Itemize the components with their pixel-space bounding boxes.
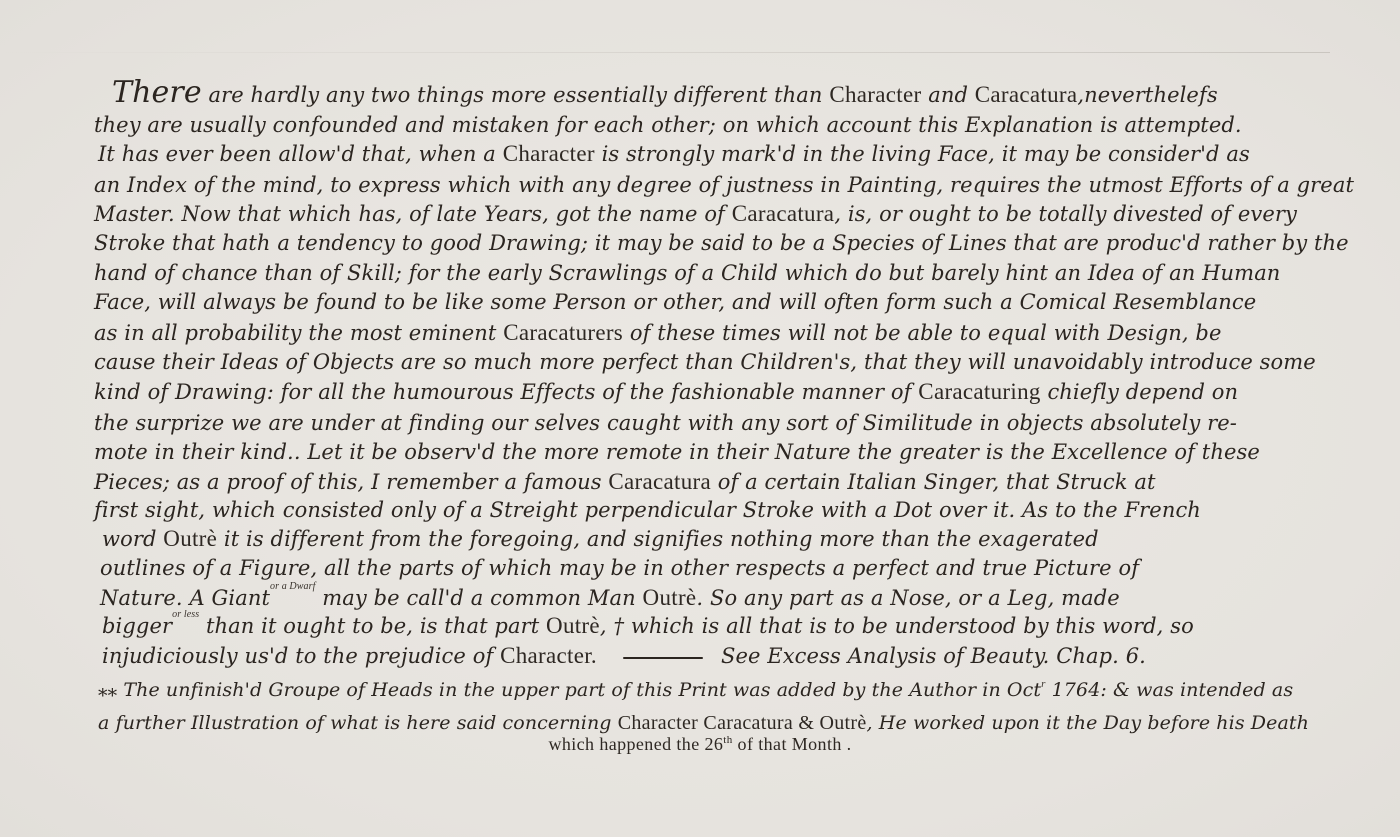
text-span: ,neverthelefs bbox=[1077, 83, 1217, 107]
text-span: , He worked upon it the Day before his D… bbox=[867, 712, 1309, 734]
roman-keyword: Outrè bbox=[643, 585, 697, 610]
text-span: may be call'd a common Man bbox=[315, 586, 642, 610]
text-line-2: they are usually confounded and mistaken… bbox=[94, 112, 1242, 138]
text-span: first sight, which consisted only of a S… bbox=[94, 498, 1201, 522]
text-line-7: hand of chance than of Skill; for the ea… bbox=[94, 260, 1280, 286]
roman-keyword: Caracaturers bbox=[503, 320, 623, 345]
text-span: cause their Ideas of Objects are so much… bbox=[94, 350, 1316, 374]
text-line-14: Pieces; as a proof of this, I remember a… bbox=[94, 469, 1156, 495]
text-line-11: kind of Drawing: for all the humourous E… bbox=[94, 379, 1238, 405]
text-span: are hardly any two things more essential… bbox=[202, 83, 830, 107]
engraved-text-page: There are hardly any two things more ess… bbox=[0, 0, 1400, 837]
roman-keyword: Outrè bbox=[163, 526, 217, 551]
roman-keyword: Character bbox=[500, 643, 591, 668]
roman-keyword: Caracatura bbox=[608, 469, 711, 494]
text-span: the surprize we are under at finding our… bbox=[94, 411, 1237, 435]
text-span: of a certain Italian Singer, that Struck… bbox=[711, 470, 1156, 494]
roman-keyword: Character Caracatura & Outrè bbox=[618, 712, 867, 734]
text-span: is strongly mark'd in the living Face, i… bbox=[595, 142, 1250, 166]
text-span: , is, or ought to be totally divested of… bbox=[834, 202, 1297, 226]
text-span: 1764: & was intended as bbox=[1045, 679, 1293, 701]
text-span: Master. Now that which has, of late Year… bbox=[94, 202, 732, 226]
roman-keyword: Outrè bbox=[546, 613, 600, 638]
superscript: th bbox=[723, 734, 732, 746]
text-line-19: biggeror less than it ought to be, is th… bbox=[102, 613, 1194, 644]
text-span: Pieces; as a proof of this, I remember a… bbox=[94, 470, 608, 494]
roman-keyword: Caracatura bbox=[975, 82, 1078, 107]
text-span: mote in their kind.. Let it be observ'd … bbox=[94, 440, 1260, 464]
text-line-1: There are hardly any two things more ess… bbox=[112, 80, 1218, 108]
text-line-20: injudiciously us'd to the prejudice of C… bbox=[102, 643, 1146, 669]
reference-note: See Excess Analysis of Beauty. Chap. 6. bbox=[721, 644, 1146, 668]
text-line-16: word Outrè it is different from the fore… bbox=[102, 526, 1099, 552]
text-span: Stroke that hath a tendency to good Draw… bbox=[94, 231, 1349, 255]
text-line-18: Nature. A Giantor a Dwarf may be call'd … bbox=[100, 585, 1120, 616]
text-span: It has ever been allow'd that, when a bbox=[98, 142, 503, 166]
text-line-5: Master. Now that which has, of late Year… bbox=[94, 201, 1297, 227]
footnote-line-2: a further Illustration of what is here s… bbox=[98, 710, 1309, 736]
text-span: , † which is all that is to be understoo… bbox=[600, 614, 1194, 638]
text-span: kind of Drawing: for all the humourous E… bbox=[94, 380, 918, 404]
text-span: which happened the 26 bbox=[548, 734, 723, 754]
text-line-12: the surprize we are under at finding our… bbox=[94, 410, 1237, 436]
roman-keyword: Caracatura bbox=[732, 201, 835, 226]
text-span: . bbox=[591, 643, 597, 668]
interlinear-insert: or less bbox=[172, 609, 199, 620]
text-line-8: Face, will always be found to be like so… bbox=[94, 289, 1256, 315]
text-span: of that Month . bbox=[733, 734, 852, 754]
text-line-17: outlines of a Figure, all the parts of w… bbox=[100, 555, 1139, 581]
plate-mark-line bbox=[0, 52, 1330, 53]
roman-keyword: Caracaturing bbox=[918, 379, 1040, 404]
text-span: it is different from the foregoing, and … bbox=[217, 527, 1099, 551]
text-span: chiefly depend on bbox=[1041, 380, 1239, 404]
asterism-icon: ⁎⁎ bbox=[98, 679, 117, 701]
text-line-13: mote in their kind.. Let it be observ'd … bbox=[94, 439, 1260, 465]
text-span: Nature. A Giant bbox=[100, 586, 270, 610]
initial-word: There bbox=[112, 75, 202, 110]
text-span: word bbox=[102, 527, 163, 551]
text-span: than it ought to be, is that part bbox=[199, 614, 546, 638]
text-line-9: as in all probability the most eminent C… bbox=[94, 320, 1222, 346]
text-span: bigger bbox=[102, 614, 172, 638]
text-span: they are usually confounded and mistaken… bbox=[94, 113, 1242, 137]
footnote-line-1: ⁎⁎ The unfinish'd Groupe of Heads in the… bbox=[98, 677, 1293, 706]
text-span: The unfinish'd Groupe of Heads in the up… bbox=[117, 679, 1041, 701]
text-line-10: cause their Ideas of Objects are so much… bbox=[94, 349, 1316, 375]
text-span: and bbox=[921, 83, 974, 107]
superscript: r bbox=[1041, 678, 1045, 690]
text-span: . So any part as a Nose, or a Leg, made bbox=[696, 586, 1119, 610]
text-line-6: Stroke that hath a tendency to good Draw… bbox=[94, 230, 1349, 256]
text-line-4: an Index of the mind, to express which w… bbox=[94, 172, 1354, 198]
text-line-3: It has ever been allow'd that, when a Ch… bbox=[98, 141, 1250, 167]
roman-keyword: Character bbox=[503, 141, 595, 166]
engraved-rule bbox=[623, 657, 703, 659]
roman-keyword: Character bbox=[829, 82, 921, 107]
text-span: an Index of the mind, to express which w… bbox=[94, 173, 1354, 197]
text-line-15: first sight, which consisted only of a S… bbox=[94, 497, 1201, 523]
text-span: a further Illustration of what is here s… bbox=[98, 712, 618, 734]
text-span: outlines of a Figure, all the parts of w… bbox=[100, 556, 1139, 580]
text-span: hand of chance than of Skill; for the ea… bbox=[94, 261, 1280, 285]
text-span: Face, will always be found to be like so… bbox=[94, 290, 1256, 314]
footnote-line-3: which happened the 26th of that Month . bbox=[0, 734, 1400, 755]
text-span: of these times will not be able to equal… bbox=[623, 321, 1221, 345]
text-span: as in all probability the most eminent bbox=[94, 321, 503, 345]
interlinear-insert: or a Dwarf bbox=[270, 581, 315, 592]
text-span: injudiciously us'd to the prejudice of bbox=[102, 644, 500, 668]
